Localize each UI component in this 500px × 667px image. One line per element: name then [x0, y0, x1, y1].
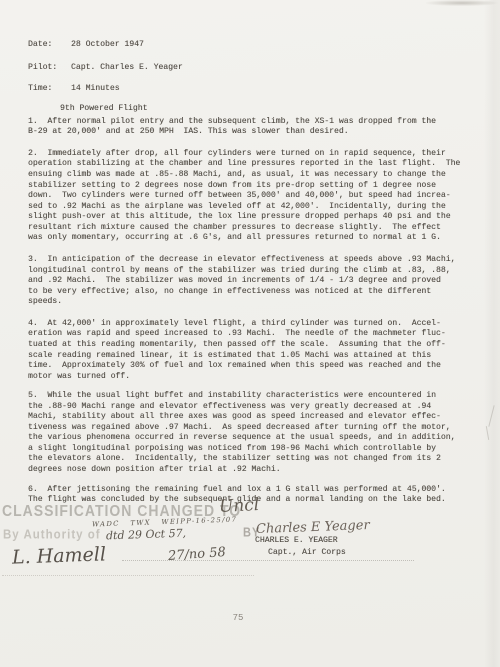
paragraph-5: 5. While the usual light buffet and inst… — [28, 391, 476, 475]
paragraph-3: 3. In anticipation of the decrease in el… — [28, 255, 476, 308]
classification-stamp-line2: By Authority of — [3, 528, 101, 542]
handwritten-dtd-note: dtd 29 Oct 57, — [106, 527, 186, 543]
time-line: Time: 14 Minutes — [28, 84, 476, 95]
pilot-value: Capt. Charles E. Yeager — [71, 63, 183, 74]
yeager-typed-rank: Capt., Air Corps — [268, 548, 346, 559]
pilot-line: Pilot: Capt. Charles E. Yeager — [28, 63, 476, 74]
page-number: 75 — [0, 613, 476, 623]
scan-scratch — [486, 426, 489, 440]
scan-smudge — [426, 0, 498, 6]
flight-title: 9th Powered Flight — [60, 104, 476, 115]
dotted-rule — [122, 560, 414, 561]
time-label: Time: — [28, 84, 71, 95]
handwritten-authority-date: 27/no 58 — [168, 545, 227, 564]
document-body: Date: 28 October 1947 Pilot: Capt. Charl… — [28, 40, 476, 506]
scanned-document-page: Date: 28 October 1947 Pilot: Capt. Charl… — [0, 0, 500, 667]
paragraph-1: 1. After normal pilot entry and the subs… — [28, 117, 476, 138]
yeager-signature-script: Charles E Yeager — [256, 518, 370, 537]
date-value: 28 October 1947 — [71, 40, 144, 51]
paragraph-2: 2. Immediately after drop, all four cyli… — [28, 149, 476, 244]
dotted-rule — [2, 575, 254, 576]
hamell-signature-script: L. Hamell — [12, 543, 107, 568]
time-value: 14 Minutes — [71, 84, 120, 95]
date-label: Date: — [28, 40, 71, 51]
paragraph-4: 4. At 42,000' in approximately level fli… — [28, 319, 476, 382]
handwritten-uncl: Uncl — [219, 495, 260, 517]
pilot-label: Pilot: — [28, 63, 71, 74]
date-line: Date: 28 October 1947 — [28, 40, 476, 51]
yeager-typed-name: CHARLES E. YEAGER — [255, 536, 338, 547]
scan-scratch — [488, 405, 494, 427]
